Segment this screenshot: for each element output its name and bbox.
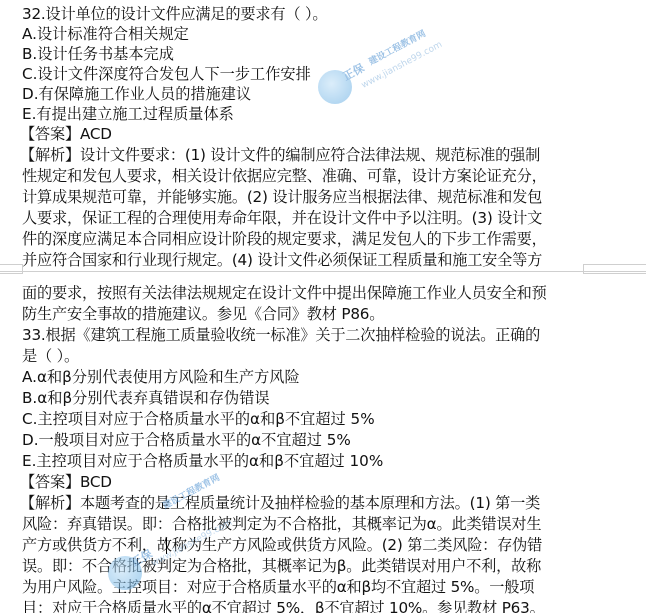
q33-option-c: C.主控项目对应于合格质量水平的α和β不宜超过 5%	[22, 409, 375, 429]
q33-explanation-line: 误。即：不合格批被判定为合格批，其概率记为β。此类错误对用户不利，故称	[22, 556, 541, 576]
q32-option-c: C.设计文件深度符合发包人下一步工作安排	[22, 64, 311, 84]
q32-explanation-line: 防生产安全事故的措施建议。参见《合同》教材 P86。	[22, 304, 384, 324]
q32-explanation-line: 并应符合国家和行业现行规定。(4) 设计文件必须保证工程质量和施工安全等方	[22, 250, 542, 270]
q32-explanation-line: 性规定和发包人要求，相关设计依据应完整、准确、可靠，设计方案论证充分，	[22, 166, 547, 186]
q32-option-b: B.设计任务书基本完成	[22, 44, 174, 64]
q32-option-a: A.设计标准符合相关规定	[22, 24, 189, 44]
q33-explanation-line: 风险：弃真错误。即：合格批被判定为不合格批，其概率记为α。此类错误对生	[22, 514, 541, 534]
q32-explanation-line: 面的要求，按照有关法律法规规定在设计文件中提出保障施工作业人员安全和预	[22, 283, 547, 303]
page-corner-mark-right	[583, 264, 646, 274]
document-page-1: 32.设计单位的设计文件应满足的要求有（ ）。 A.设计标准符合相关规定 B.设…	[0, 0, 646, 268]
q33-explanation-line: 产方或供货方不利，故称为生产方风险或供货方风险。(2) 第二类风险：存伪错	[22, 535, 542, 555]
question-33-stem: 33.根据《建筑工程施工质量验收统一标准》关于二次抽样检验的说法。正确的	[22, 325, 540, 345]
q33-option-b: B.α和β分别代表弃真错误和存伪错误	[22, 388, 270, 408]
q33-explanation-line: 为用户风险。主控项目：对应于合格质量水平的α和β均不宜超过 5%。一般项	[22, 577, 534, 597]
q32-explanation-line: 人要求，保证工程的合理使用寿命年限，并在设计文件中予以注明。(3) 设计文	[22, 208, 542, 228]
q33-answer: 【答案】BCD	[20, 472, 112, 492]
q32-explanation-line: 【解析】设计文件要求：(1) 设计文件的编制应符合法律法规、规范标准的强制	[20, 145, 540, 165]
q32-option-e: E.有提出建立施工过程质量体系	[22, 104, 234, 124]
text-cursor	[166, 538, 167, 554]
q33-explanation-line: 【解析】本题考查的是工程质量统计及抽样检验的基本原理和方法。(1) 第一类	[20, 493, 540, 513]
q33-option-e: E.主控项目对应于合格质量水平的α和β不宜超过 10%	[22, 451, 383, 471]
q32-option-d: D.有保障施工作业人员的措施建议	[22, 84, 251, 104]
q32-answer: 【答案】ACD	[20, 124, 112, 144]
page-corner-mark-left	[0, 264, 23, 274]
page-break-divider	[0, 271, 646, 272]
question-33-stem: 是（ ）。	[22, 346, 79, 366]
question-32-stem: 32.设计单位的设计文件应满足的要求有（ ）。	[22, 4, 327, 24]
q32-explanation-line: 件的深度应满足本合同相应设计阶段的规定要求，满足发包人的下步工作需要，	[22, 229, 547, 249]
q33-explanation-line: 目：对应于合格质量水平的α不宜超过 5%，β不宜超过 10%。参见教材 P63。	[22, 598, 545, 613]
q33-option-a: A.α和β分别代表使用方风险和生产方风险	[22, 367, 300, 387]
q33-option-d: D.一般项目对应于合格质量水平的α不宜超过 5%	[22, 430, 351, 450]
document-page-2: 面的要求，按照有关法律法规规定在设计文件中提出保障施工作业人员安全和预 防生产安…	[0, 275, 646, 613]
q32-explanation-line: 计算成果规范可靠，并能够实施。(2) 设计服务应当根据法律、规范标准和发包	[22, 187, 542, 207]
